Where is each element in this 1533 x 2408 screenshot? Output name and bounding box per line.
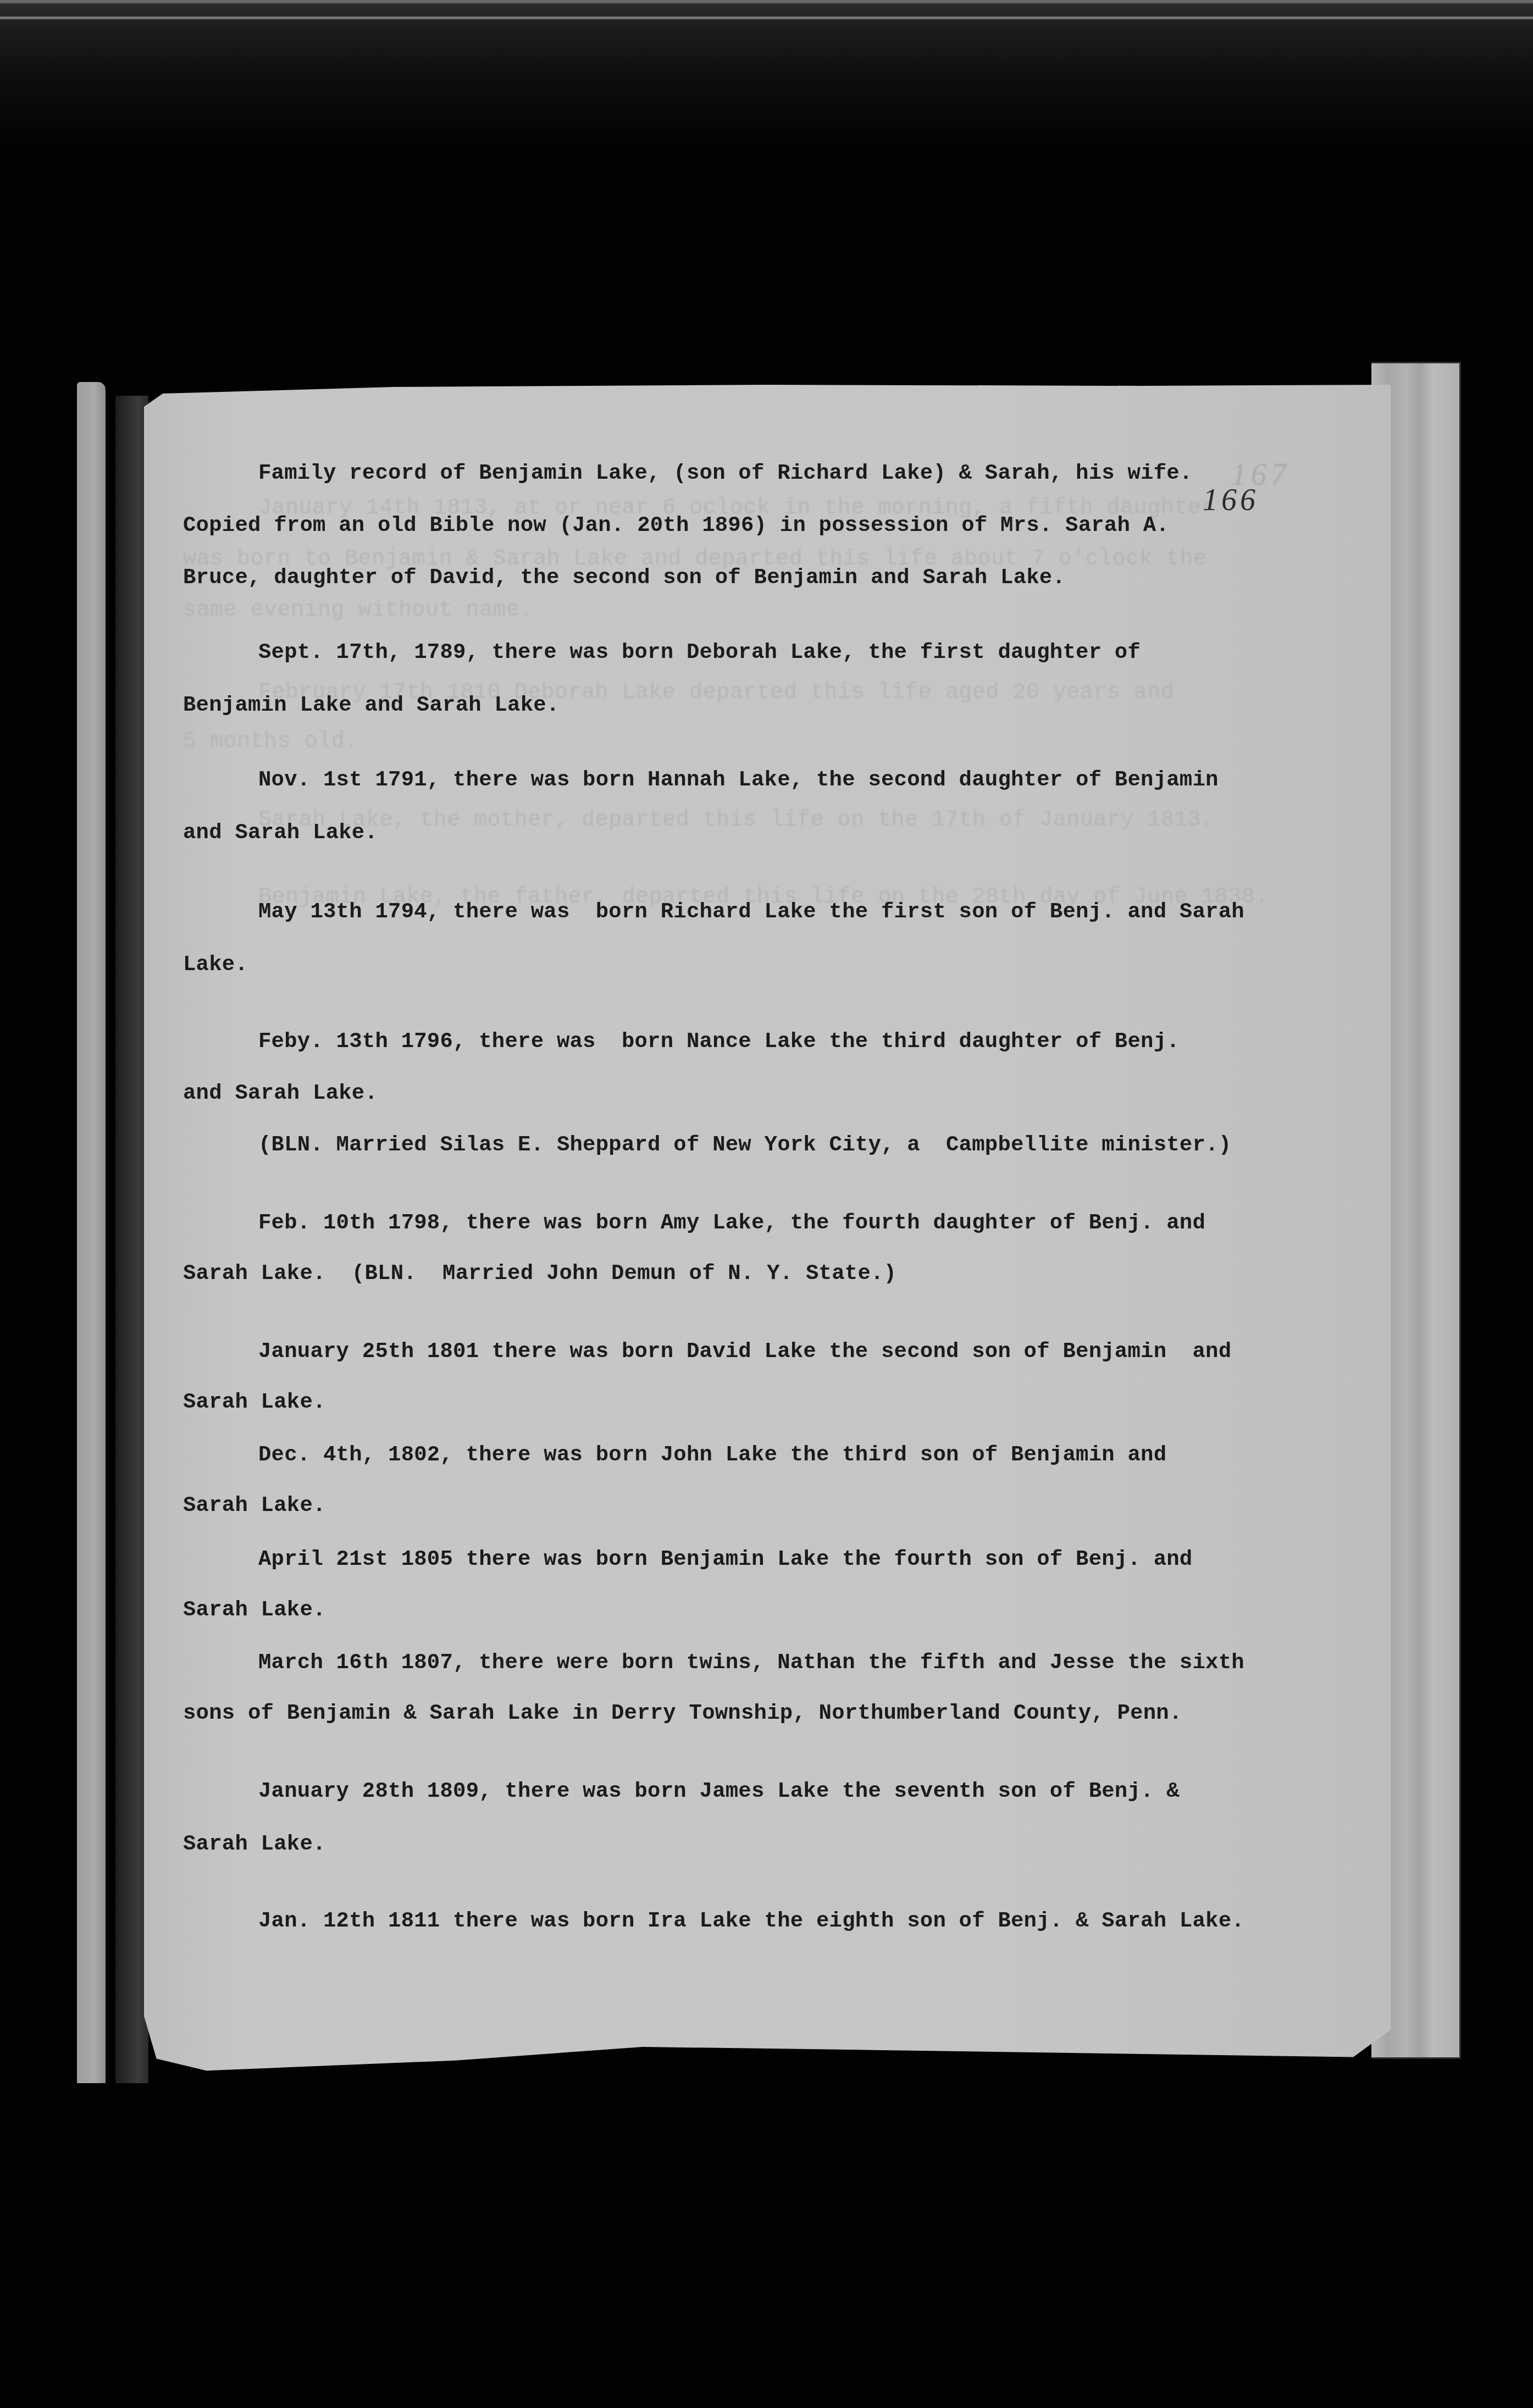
text-line: Sarah Lake.	[183, 1392, 326, 1413]
text-line: (BLN. Married Silas E. Sheppard of New Y…	[258, 1134, 1231, 1156]
bleed-through-line: same evening without name.	[183, 598, 533, 623]
bleed-through-line: 5 months old.	[183, 729, 358, 754]
text-line: Copied from an old Bible now (Jan. 20th …	[183, 515, 1169, 536]
text-line: Lake.	[183, 954, 248, 976]
text-line: March 16th 1807, there were born twins, …	[258, 1652, 1244, 1674]
page-number: 166	[1203, 483, 1259, 518]
text-line: Sept. 17th, 1789, there was born Deborah…	[258, 642, 1141, 663]
book-gutter	[115, 396, 148, 2083]
scan-top-band	[0, 0, 1533, 143]
text-line: January 25th 1801 there was born David L…	[258, 1341, 1231, 1363]
facing-page-edge	[77, 382, 106, 2083]
text-line: and Sarah Lake.	[183, 822, 378, 844]
text-line: Family record of Benjamin Lake, (son of …	[258, 463, 1192, 484]
text-line: Bruce, daughter of David, the second son…	[183, 567, 1065, 589]
text-line: Nov. 1st 1791, there was born Hannah Lak…	[258, 770, 1219, 791]
text-line: Sarah Lake. (BLN. Married John Demun of …	[183, 1263, 896, 1285]
text-line: May 13th 1794, there was born Richard La…	[258, 901, 1244, 923]
text-line: January 28th 1809, there was born James …	[258, 1781, 1180, 1802]
text-line: Dec. 4th, 1802, there was born John Lake…	[258, 1444, 1166, 1466]
film-edge	[0, 16, 1533, 19]
text-line: Jan. 12th 1811 there was born Ira Lake t…	[258, 1911, 1244, 1932]
text-line: Sarah Lake.	[183, 1834, 326, 1855]
text-line: Sarah Lake.	[183, 1599, 326, 1621]
text-line: Feby. 13th 1796, there was born Nance La…	[258, 1031, 1180, 1053]
text-line: and Sarah Lake.	[183, 1083, 378, 1104]
text-line: Benjamin Lake and Sarah Lake.	[183, 695, 560, 716]
bleed-through-line: Sarah Lake, the mother, departed this li…	[258, 808, 1215, 833]
text-line: sons of Benjamin & Sarah Lake in Derry T…	[183, 1703, 1182, 1724]
text-line: Sarah Lake.	[183, 1495, 326, 1516]
text-line: April 21st 1805 there was born Benjamin …	[258, 1549, 1192, 1570]
text-line: Feb. 10th 1798, there was born Amy Lake,…	[258, 1213, 1205, 1234]
